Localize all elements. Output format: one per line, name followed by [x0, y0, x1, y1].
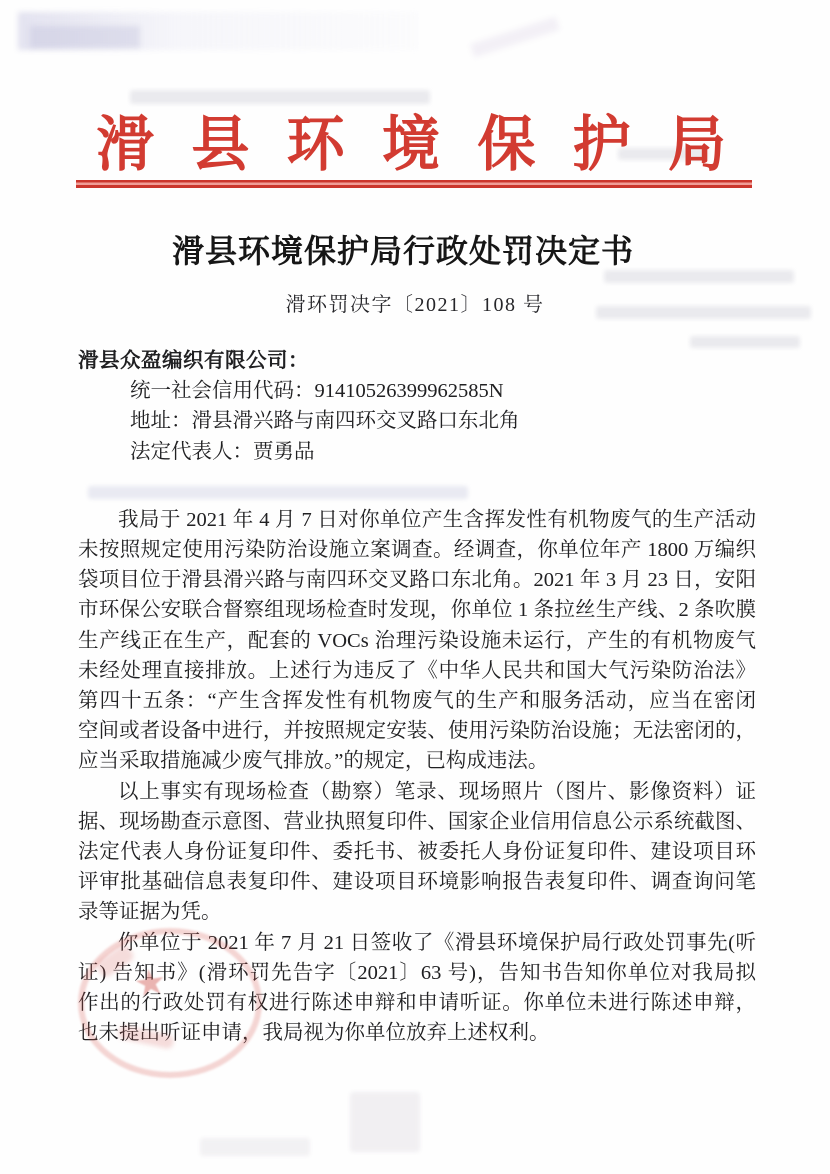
document-number: 滑环罚决字〔2021〕108 号	[0, 288, 830, 317]
blank-line-spacer	[78, 467, 756, 505]
letterhead-character: 保	[477, 111, 535, 180]
body-text-line: 我局于 2021 年 4 月 7 日对你单位产生含挥发性有机物废气的生产活动	[78, 505, 756, 535]
recipient-credit-code: 统一社会信用代码：91410526399962585N	[78, 376, 756, 406]
body-text-line: 以上事实有现场检查（勘察）笔录、现场照片（图片、影像资料）证	[78, 777, 756, 807]
body-text-line: 未经处理直接排放。上述行为违反了《中华人民共和国大气污染防治法》	[78, 656, 756, 686]
bleedthrough-mark	[130, 90, 430, 104]
letterhead-character: 局	[668, 111, 726, 180]
scanned-document-page: 滑县环境保护局 滑县环境保护局行政处罚决定书 滑环罚决字〔2021〕108 号 …	[0, 0, 830, 1174]
letterhead-character: 滑	[96, 111, 154, 180]
document-title: 滑县环境保护局行政处罚决定书	[0, 226, 818, 272]
body-text-line: 第四十五条：“产生含挥发性有机物废气的生产和服务活动，应当在密闭	[78, 686, 756, 716]
body-text-line: 市环保公安联合督察组现场检查时发现，你单位 1 条拉丝生产线、2 条吹膜	[78, 595, 756, 625]
body-text-line: 空间或者设备中进行，并按照规定安装、使用污染防治设施；无法密闭的，	[78, 716, 756, 746]
body-text-line: 应当采取措施减少废气排放。”的规定，已构成违法。	[78, 746, 756, 776]
letterhead-agency-name: 滑县环境保护局	[96, 112, 726, 178]
letterhead-character: 县	[191, 111, 249, 180]
bleedthrough-mark	[350, 1092, 420, 1152]
body-text-line: 生产线正在生产，配套的 VOCs 治理污染设施未运行，产生的有机物废气	[78, 626, 756, 656]
body-text-line: 未按照规定使用污染防治设施立案调查。经调查，你单位年产 1800 万编织	[78, 535, 756, 565]
scan-smudge-top-left-dark	[30, 26, 140, 48]
body-text-line: 法定代表人身份证复印件、委托书、被委托人身份证复印件、建设项目环	[78, 837, 756, 867]
official-seal-bleedthrough	[78, 928, 262, 1078]
letterhead-divider-rule	[76, 180, 752, 188]
recipient-name: 滑县众盈编织有限公司：	[78, 346, 756, 376]
letterhead-character: 环	[287, 111, 345, 180]
recipient-legal-representative: 法定代表人：贾勇品	[78, 437, 756, 467]
letterhead-character: 护	[573, 111, 631, 180]
body-text-line: 据、现场勘查示意图、营业执照复印件、国家企业信用信息公示系统截图、	[78, 807, 756, 837]
body-text-line: 评审批基础信息表复印件、建设项目环境影响报告表复印件、调查询问笔	[78, 867, 756, 897]
body-text-line: 录等证据为凭。	[78, 897, 756, 927]
bleedthrough-mark	[200, 1138, 310, 1156]
body-text-line: 袋项目位于滑县滑兴路与南四环交叉路口东北角。2021 年 3 月 23 日，安阳	[78, 565, 756, 595]
seal-star-icon: ★	[131, 960, 169, 1006]
scan-smudge-top-right	[470, 16, 560, 57]
recipient-address: 地址：滑县滑兴路与南四环交叉路口东北角	[78, 406, 756, 436]
letterhead-character: 境	[382, 111, 440, 180]
